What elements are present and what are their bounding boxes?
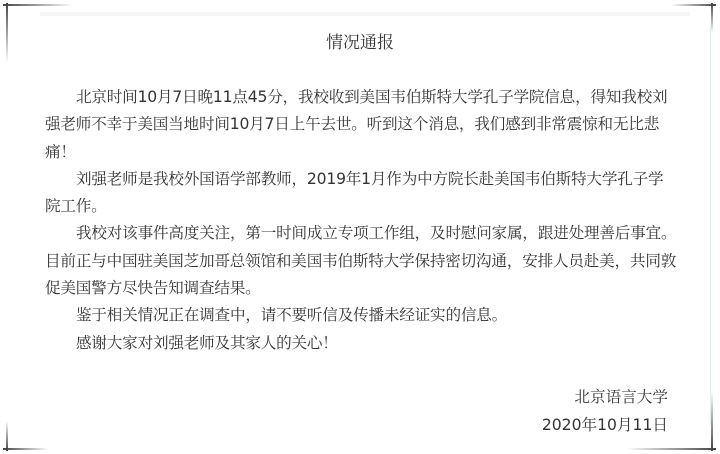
document-title: 情况通报	[0, 28, 720, 53]
paragraph-actions: 我校对该事件高度关注，第一时间成立专项工作组，及时慰问家属，跟进处理善后事宜。目…	[45, 220, 677, 302]
page-top-shade	[40, 12, 690, 16]
paragraph-rumor-warning: 鉴于相关情况正在调查中，请不要听信及传播未经证实的信息。	[45, 302, 677, 329]
page-right-edge	[710, 25, 711, 425]
frame-corner-bottom-left	[3, 448, 48, 450]
frame-corner-top-left	[3, 4, 73, 6]
frame-corner-bottom-left-vertical	[6, 421, 8, 451]
document-body: 北京时间10月7日晚11点45分，我校收到美国韦伯斯特大学孔子学院信息，得知我校…	[45, 84, 677, 357]
signature-block: 北京语言大学 2020年10月11日	[542, 383, 668, 439]
frame-corner-bottom-right	[626, 448, 716, 450]
signature-organization: 北京语言大学	[542, 383, 668, 411]
frame-corner-bottom-right-vertical	[711, 391, 713, 451]
paragraph-background: 刘强老师是我校外国语学部教师，2019年1月作为中方院长赴美国韦伯斯特大学孔子学…	[45, 166, 677, 221]
paragraph-thanks: 感谢大家对刘强老师及其家人的关心！	[45, 330, 677, 357]
paragraph-notification: 北京时间10月7日晚11点45分，我校收到美国韦伯斯特大学孔子学院信息，得知我校…	[45, 84, 677, 166]
frame-corner-top-right	[671, 4, 716, 6]
signature-date: 2020年10月11日	[542, 411, 668, 439]
